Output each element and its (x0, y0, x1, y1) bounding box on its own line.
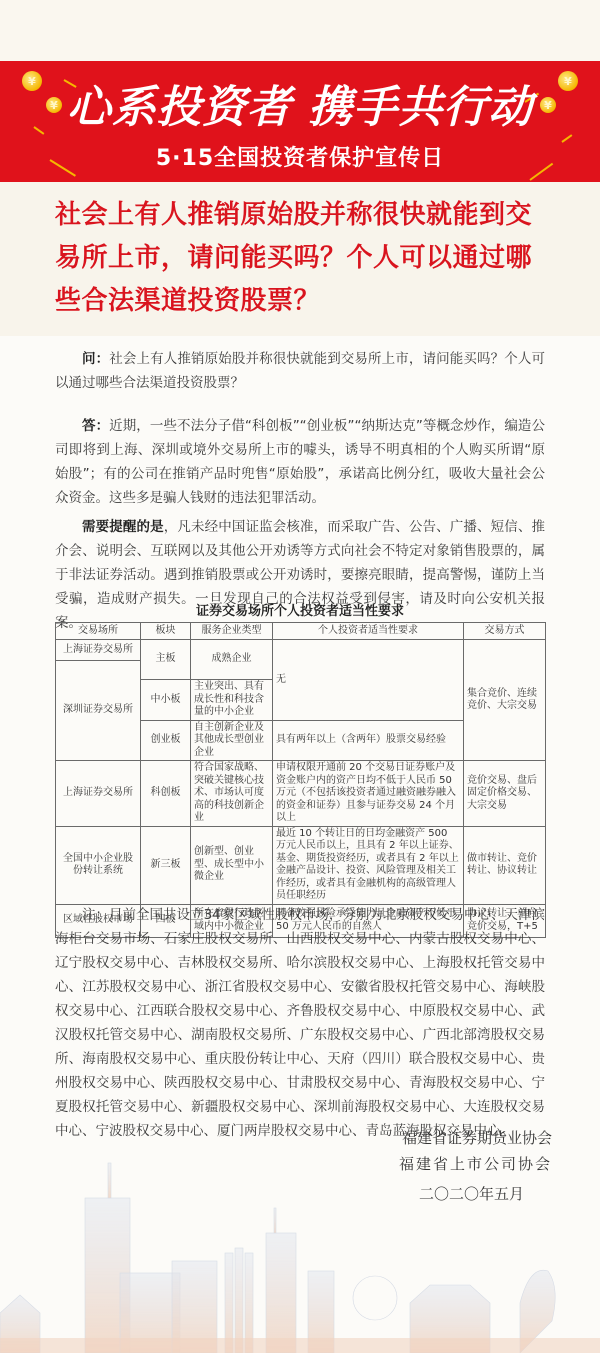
banner-title: 心系投资者 携手共行动 (0, 79, 600, 137)
cell-venue: 上海证券交易所 (56, 640, 141, 661)
headline: 社会上有人推销原始股并称很快就能到交易所上市，请问能买吗？个人可以通过哪些合法渠… (55, 194, 555, 323)
header-company-type: 服务企业类型 (191, 623, 273, 640)
cell-company-type: 创新型、创业型、成长型中小微企业 (191, 826, 273, 904)
cell-company-type: 成熟企业 (191, 640, 273, 680)
suitability-table: 交易场所 板块 服务企业类型 个人投资者适当性要求 交易方式 上海证券交易所 主… (55, 622, 546, 938)
cell-board: 主板 (141, 640, 191, 680)
header-requirement: 个人投资者适当性要求 (273, 623, 464, 640)
banner-subtitle: 5·15全国投资者保护宣传日 (0, 146, 600, 172)
top-margin (0, 0, 600, 61)
question-text: 社会上有人推销原始股并称很快就能到交易所上市，请问能买吗？个人可以通过哪些合法渠… (55, 351, 545, 391)
cell-venue: 全国中小企业股份转让系统 (56, 826, 141, 904)
cell-venue: 深圳证券交易所 (56, 661, 141, 761)
cell-trading-method: 竞价交易、盘后固定价格交易、大宗交易 (464, 761, 546, 827)
cell-company-type: 自主创新企业及其他成长型创业企业 (191, 720, 273, 761)
signature-org-2: 福建省上市公司协会 (399, 1153, 552, 1174)
cell-board: 中小板 (141, 680, 191, 721)
campaign-banner: ¥ ¥ ¥ ¥ 心系投资者 携手共行动 5·15全国投资者保护宣传日 (0, 61, 600, 182)
answer-text: 近期，一些不法分子借“科创板”“创业板”“纳斯达克”等概念炒作，编造公司即将到上… (55, 418, 545, 506)
cell-company-type: 符合国家战略、突破关键核心技术、市场认可度高的科技创新企业 (191, 761, 273, 827)
cell-requirement: 具有两年以上（含两年）股票交易经验 (273, 720, 464, 761)
cell-requirement: 无 (273, 640, 464, 721)
cell-board: 创业板 (141, 720, 191, 761)
signature-org-1: 福建省证券期货业协会 (402, 1127, 552, 1148)
question-paragraph: 问：社会上有人推销原始股并称很快就能到交易所上市，请问能买吗？个人可以通过哪些合… (55, 347, 545, 395)
cell-trading-method: 集合竞价、连续竞价、大宗交易 (464, 640, 546, 761)
signature-date: 二〇二〇年五月 (419, 1183, 524, 1204)
headline-section: 社会上有人推销原始股并称很快就能到交易所上市，请问能买吗？个人可以通过哪些合法渠… (0, 182, 600, 336)
cell-requirement: 申请权限开通前 20 个交易日证券账户及资金账户内的资产日均不低于人民币 50 … (273, 761, 464, 827)
cell-board: 科创板 (141, 761, 191, 827)
table-row: 上海证券交易所 主板 成熟企业 无 集合竞价、连续竞价、大宗交易 (56, 640, 546, 661)
answer-label: 答： (82, 418, 109, 434)
table-caption: 证券交易场所个人投资者适当性要求 (55, 600, 545, 619)
cell-venue: 上海证券交易所 (56, 761, 141, 827)
table-header-row: 交易场所 板块 服务企业类型 个人投资者适当性要求 交易方式 (56, 623, 546, 640)
question-label: 问： (82, 351, 109, 367)
answer-paragraph: 答：近期，一些不法分子借“科创板”“创业板”“纳斯达克”等概念炒作，编造公司即将… (55, 414, 545, 510)
cell-board: 新三板 (141, 826, 191, 904)
cell-trading-method: 做市转让、竞价转让、协议转让 (464, 826, 546, 904)
table-row: 上海证券交易所 科创板 符合国家战略、突破关键核心技术、市场认可度高的科技创新企… (56, 761, 546, 827)
table-row: 全国中小企业股份转让系统 新三板 创新型、创业型、成长型中小微企业 最近 10 … (56, 826, 546, 904)
header-venue: 交易场所 (56, 623, 141, 640)
header-board: 板块 (141, 623, 191, 640)
reminder-label: 需要提醒的是 (82, 519, 164, 535)
cell-requirement: 最近 10 个转让日的日均金融资产 500 万元人民币以上，且具有 2 年以上证… (273, 826, 464, 904)
note-paragraph: 注：目前全国共设立34家区域性股权市场，分别为北京股权交易中心、天津滨海柜台交易… (55, 903, 545, 1143)
header-trading-method: 交易方式 (464, 623, 546, 640)
cell-company-type: 主业突出、具有成长性和科技含量的中小企业 (191, 680, 273, 721)
